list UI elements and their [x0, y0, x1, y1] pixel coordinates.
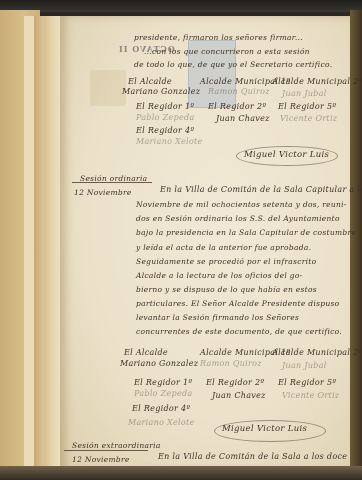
signature-title: El Alcalde — [128, 77, 172, 86]
signature-name: Pablo Zepeda — [134, 389, 192, 398]
body-line: levantar la Sesión firmando los Señores — [136, 313, 299, 322]
page-edge — [34, 16, 44, 468]
signature-name: Vicente Ortiz — [280, 114, 337, 123]
signature-title: El Regidor 2º — [208, 102, 266, 111]
signature-flourish — [236, 146, 338, 166]
body-line: particulares. El Señor Alcalde President… — [136, 299, 339, 308]
text-line: de todo lo que, de que yo el Secretario … — [134, 60, 332, 69]
signature-name: Mariano Xelote — [128, 418, 195, 427]
page-edge — [52, 16, 60, 468]
body-line: bierno y se dispuso de lo que había en e… — [136, 285, 317, 294]
body-line: y leída el acta de la anterior fue aprob… — [136, 243, 311, 252]
signature-name: Juan Chavez — [212, 391, 266, 400]
background-bottom — [0, 466, 362, 480]
signature-flourish — [214, 420, 326, 442]
signature-name: Mariano Gonzalez — [122, 87, 200, 96]
signature-title: El Regidor 1º — [134, 378, 192, 387]
margin-date: 12 Noviembre — [74, 188, 132, 197]
body-line: En la Villa de Comitán de la Sala a los … — [158, 452, 347, 461]
margin-rule — [64, 450, 148, 451]
signature-name: Juan Jubal — [282, 361, 327, 370]
signature-name: Pablo Zepeda — [136, 113, 194, 122]
body-line: concurrentes de este documento, de que c… — [136, 327, 342, 336]
signature-name: Mariano Gonzalez — [120, 359, 198, 368]
signature-name: Juan Chavez — [216, 114, 270, 123]
body-line: Seguidamente se procedió por el infrascr… — [136, 257, 316, 266]
body-line: En la Villa de Comitán de la Sala Capitu… — [160, 185, 362, 194]
signature-title: El Regidor 4º — [132, 404, 190, 413]
signature-name: Mariano Xelote — [136, 137, 203, 146]
text-line: presidente, firmaron los señores firmar.… — [134, 33, 303, 42]
background-top — [0, 0, 362, 12]
signature-title: El Regidor 2º — [206, 378, 264, 387]
signature-name: Ramon Quiroz — [200, 359, 262, 368]
signature-title: Alcalde Municipal 2º — [272, 348, 362, 357]
body-line: dos en Sesión ordinaria los S.S. del Ayu… — [136, 214, 340, 223]
signature-title: El Regidor 5º — [278, 378, 336, 387]
signature-name: Ramon Quiroz — [208, 87, 270, 96]
text-line: ...con los que concurrieron a esta sesió… — [144, 47, 310, 56]
body-line: bajo la presidencia en la Sala Capitular… — [136, 228, 356, 237]
signature-title: El Regidor 5º — [278, 102, 336, 111]
signature-title: Alcalde Municipal 2º — [272, 77, 362, 86]
paper-stain — [90, 70, 126, 106]
signature-title: El Regidor 4º — [136, 126, 194, 135]
margin-date: 12 Noviembre — [72, 455, 130, 464]
body-line: Alcalde a la lectura de los oficios del … — [136, 271, 303, 280]
signature-title: El Regidor 1º — [136, 102, 194, 111]
signature-name: Juan Jubal — [282, 89, 327, 98]
signature-name: Vicente Ortiz — [282, 391, 339, 400]
signature-title: El Alcalde — [124, 348, 168, 357]
body-line: Noviembre de mil ochocientos setenta y d… — [136, 200, 347, 209]
margin-heading: Sesión extraordinaria — [72, 441, 161, 450]
margin-rule — [72, 182, 152, 183]
